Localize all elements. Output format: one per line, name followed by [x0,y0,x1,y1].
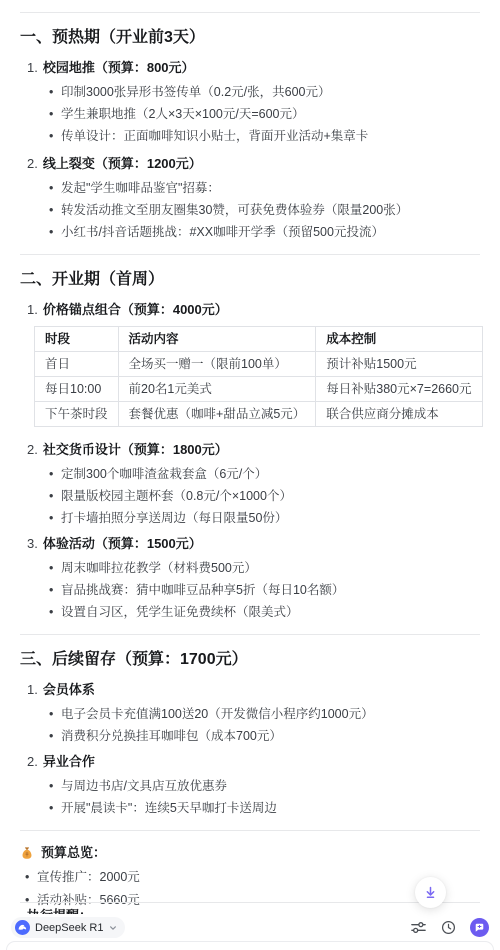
budget-item: 活动补贴：5660元 [24,893,480,907]
item-number: 2. [27,442,38,458]
table-cell: 全场买一赠一（限前100单） [118,352,316,377]
list-item: 印制3000张异形书签传单（0.2元/张，共600元） [48,85,480,99]
money-bag-icon [20,846,34,861]
bullet-list: 定制300个咖啡渣盆栽套盒（6元/个） 限量版校园主题杯套（0.8元/个×100… [0,467,500,525]
table-header-cell: 时段 [35,327,119,352]
section-heading: 三、后续留存（预算：1700元） [20,650,480,669]
list-item: 与周边书店/文具店互放优惠券 [48,779,480,793]
item-label: 线上裂变（预算：1200元） [43,156,202,172]
numbered-item: 2. 社交货币设计（预算：1800元） [27,442,480,458]
section-heading: 一、预热期（开业前3天） [20,28,480,47]
deepseek-logo-icon [15,920,30,935]
item-number: 1. [27,60,38,76]
table-row: 首日 全场买一赠一（限前100单） 预计补贴1500元 [35,352,483,377]
bullet-list: 发起"学生咖啡品鉴官"招募： 转发活动推文至朋友圈集30赞，可获免费体验券（限量… [0,181,500,239]
table-cell: 首日 [35,352,119,377]
arrow-down-icon [423,885,438,900]
numbered-item: 3. 体验活动（预算：1500元） [27,536,480,552]
table-cell: 联合供应商分摊成本 [316,402,482,427]
table-cell: 每日10:00 [35,377,119,402]
table-header-cell: 活动内容 [118,327,316,352]
item-number: 3. [27,536,38,552]
item-label: 异业合作 [43,754,95,770]
list-item: 盲品挑战赛：猜中咖啡豆品种享5折（每日10名额） [48,583,480,597]
table-cell: 下午茶时段 [35,402,119,427]
new-chat-button[interactable] [470,918,489,937]
table-cell: 预计补贴1500元 [316,352,482,377]
chat-input-box-edge[interactable] [6,941,494,950]
list-item: 学生兼职地推（2人×3天×100元/天=600元） [48,107,480,121]
list-item: 发起"学生咖啡品鉴官"招募： [48,181,480,195]
bullet-list: 周末咖啡拉花教学（材料费500元） 盲品挑战赛：猜中咖啡豆品种享5折（每日10名… [0,561,500,619]
table-cell: 套餐优惠（咖啡+甜品立减5元） [118,402,316,427]
section-divider [20,830,480,831]
pricing-table: 时段 活动内容 成本控制 首日 全场买一赠一（限前100单） 预计补贴1500元… [34,326,483,427]
toolbar-actions [410,918,489,937]
bullet-list: 与周边书店/文具店互放优惠券 开展"晨读卡"：连续5天早咖打卡送周边 [0,779,500,815]
chevron-down-icon [109,924,117,932]
list-item: 打卡墙拍照分享送周边（每日限量50份） [48,511,480,525]
section-divider [20,634,480,635]
item-label: 会员体系 [43,682,95,698]
item-number: 2. [27,754,38,770]
numbered-item: 1. 会员体系 [27,682,480,698]
table-cell: 每日补贴380元×7=2660元 [316,377,482,402]
section-heading: 二、开业期（首周） [20,270,480,289]
scroll-to-bottom-button[interactable] [415,877,446,908]
section-divider [20,902,480,903]
section-divider [20,12,480,13]
table-header-row: 时段 活动内容 成本控制 [35,327,483,352]
bullet-list: 印制3000张异形书签传单（0.2元/张，共600元） 学生兼职地推（2人×3天… [0,85,500,143]
list-item: 传单设计：正面咖啡知识小贴士，背面开业活动+集章卡 [48,129,480,143]
history-button[interactable] [441,920,456,935]
list-item: 定制300个咖啡渣盆栽套盒（6元/个） [48,467,480,481]
table-row: 下午茶时段 套餐优惠（咖啡+甜品立减5元） 联合供应商分摊成本 [35,402,483,427]
list-item: 限量版校园主题杯套（0.8元/个×1000个） [48,489,480,503]
numbered-item: 2. 线上裂变（预算：1200元） [27,156,480,172]
list-item: 开展"晨读卡"：连续5天早咖打卡送周边 [48,801,480,815]
toolbar-row: DeepSeek R1 [0,914,500,941]
budget-summary-heading: 预算总览： [20,845,480,861]
item-number: 1. [27,302,38,318]
list-item: 设置自习区，凭学生证免费续杯（限美式） [48,605,480,619]
numbered-item: 1. 价格锚点组合（预算：4000元） [27,302,480,318]
item-label: 体验活动（预算：1500元） [43,536,202,552]
numbered-item: 2. 异业合作 [27,754,480,770]
item-label: 校园地推（预算：800元） [43,60,195,76]
sliders-icon [410,919,427,936]
numbered-item: 1. 校园地推（预算：800元） [27,60,480,76]
item-number: 2. [27,156,38,172]
table-row: 每日10:00 前20名1元美式 每日补贴380元×7=2660元 [35,377,483,402]
table-header-cell: 成本控制 [316,327,482,352]
budget-item: 宣传推广：2000元 [24,870,480,884]
bottom-toolbar: DeepSeek R1 [0,914,500,950]
chat-bubble-plus-icon [474,922,485,933]
clock-icon [441,920,456,935]
budget-title: 预算总览： [41,845,106,861]
item-label: 社交货币设计（预算：1800元） [43,442,228,458]
list-item: 周末咖啡拉花教学（材料费500元） [48,561,480,575]
assistant-message: 一、预热期（开业前3天） 1. 校园地推（预算：800元） 印制3000张异形书… [0,12,500,950]
list-item: 电子会员卡充值满100送20（开发微信小程序约1000元） [48,707,480,721]
list-item: 小红书/抖音话题挑战：#XX咖啡开学季（预留500元投流） [48,225,480,239]
list-item: 消费积分兑换挂耳咖啡包（成本700元） [48,729,480,743]
bullet-list: 电子会员卡充值满100送20（开发微信小程序约1000元） 消费积分兑换挂耳咖啡… [0,707,500,743]
list-item: 转发活动推文至朋友圈集30赞，可获免费体验券（限量200张） [48,203,480,217]
model-label: DeepSeek R1 [35,922,104,934]
section-divider [20,254,480,255]
item-label: 价格锚点组合（预算：4000元） [43,302,228,318]
table-cell: 前20名1元美式 [118,377,316,402]
item-number: 1. [27,682,38,698]
settings-sliders-button[interactable] [410,919,427,936]
model-selector[interactable]: DeepSeek R1 [11,917,125,938]
